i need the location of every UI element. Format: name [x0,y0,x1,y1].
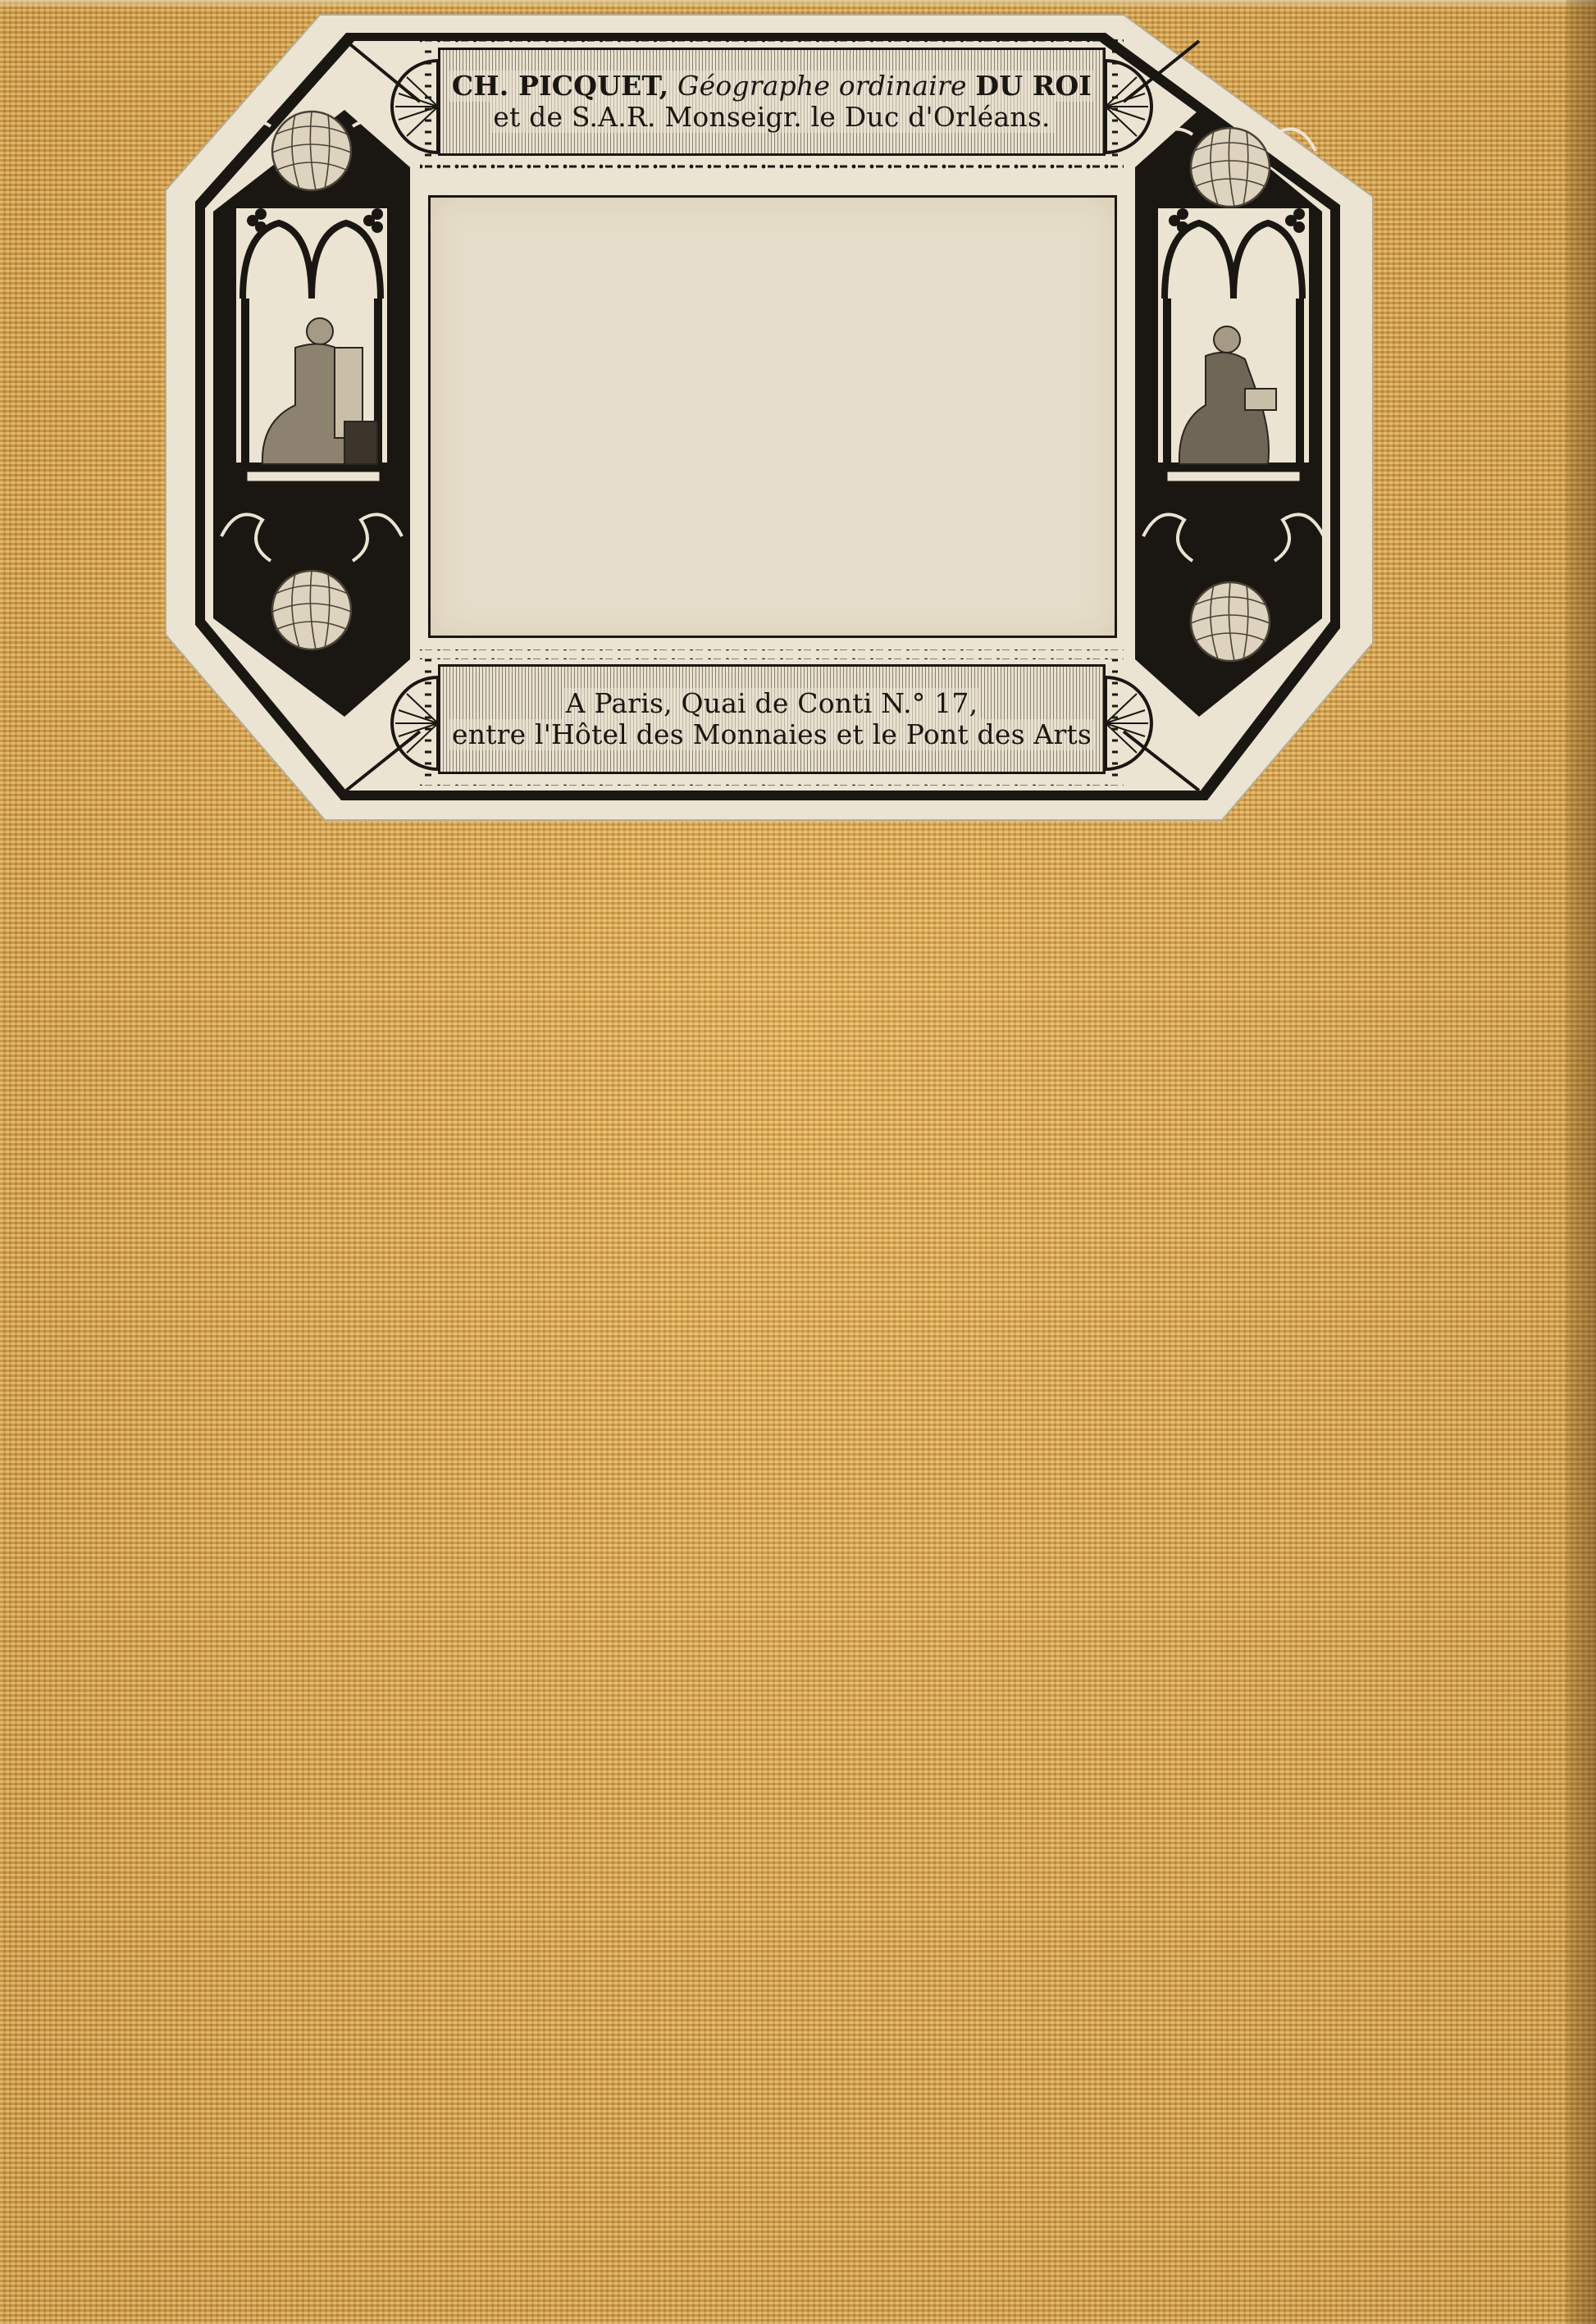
publisher-address-panel: A Paris, Quai de Conti N.° 17, entre l'H… [438,664,1106,774]
publisher-name-panel: CH. PICQUET, Géographe ordinaire DU ROI … [438,48,1106,156]
cover-top-edge [0,0,1596,8]
address-line-2: entre l'Hôtel des Monnaies et le Pont de… [449,719,1095,750]
engraved-label: CH. PICQUET, Géographe ordinaire DU ROI … [164,11,1381,823]
cover-spine-edge [1566,0,1596,2324]
blank-center-panel [428,195,1117,638]
address-line-1: A Paris, Quai de Conti N.° 17, [563,688,982,719]
publisher-line-2: et de S.A.R. Monseigr. le Duc d'Orléans. [490,102,1053,133]
publisher-line-1: CH. PICQUET, Géographe ordinaire DU ROI [449,71,1095,102]
